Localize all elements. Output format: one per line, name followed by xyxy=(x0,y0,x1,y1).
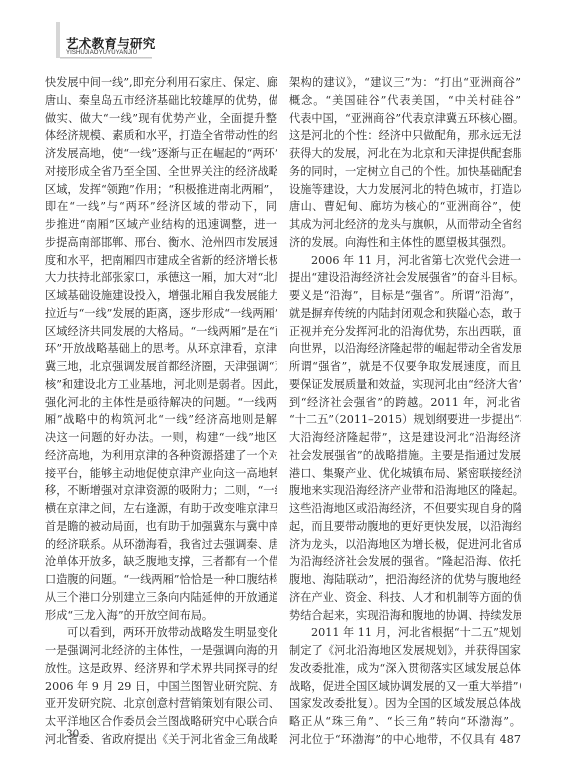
text-line: 2006 年 11 月，河北省第七次党代会进一步 xyxy=(289,252,521,270)
text-line: 快发展中间一线”,即充分利用石家庄、保定、廊坊、 xyxy=(45,74,277,92)
text-line: 口造腹的问题。“一线两厢”恰恰是一种口腹结构， xyxy=(45,571,277,589)
text-line: 唐山、曹妃甸、廊坊为核心的“亚洲商谷”，使 xyxy=(289,198,521,216)
text-line: 到“经济社会强省”的跨越。2011 年，河北省 xyxy=(289,394,521,412)
journal-romanization: YISHUJIAOYUYUYANJIU xyxy=(66,50,137,56)
text-line: 河北位于“环渤海”的中心地带，不仅具有 487 xyxy=(289,731,521,749)
text-line: 要保证发展质量和效益，实现河北由“经济大省” xyxy=(289,376,521,394)
text-line: 制定了《河北沿海地区发展规划》，并获得国家 xyxy=(289,642,521,660)
text-line: 亚开发研究院、北京创意村营销策划有限公司、 xyxy=(45,695,277,713)
text-line: 从三个港口分别建立三条向内陆延伸的开放通道， xyxy=(45,589,277,607)
text-line: 要义是“沿海”，目标是“强省”。所谓“沿海”， xyxy=(289,287,521,305)
text-line: 正视并充分发挥河北的沿海优势，东出西联，面 xyxy=(289,323,521,341)
text-line: 一是强调河北经济的主体性，一是强调向海的开 xyxy=(45,642,277,660)
text-line: 2006 年 9 月 29 日，中国兰图智业研究院、东北 xyxy=(45,678,277,696)
journal-header: 艺术教育与研究 YISHUJIAOYUYUYANJIU xyxy=(56,22,152,58)
text-line: 的经济联系。从环渤海看，我省过去强调秦、唐、 xyxy=(45,536,277,554)
text-line: 河北省委、省政府提出《关于河北省金三角战略 xyxy=(45,731,277,749)
text-line: 社会发展强省”的战略措施。主要是指通过发展 xyxy=(289,447,521,465)
text-line: 冀三地，北京强调发展首都经济圈，天津强调“双 xyxy=(45,358,277,376)
text-line: 接平台，能够主动地促使京津产业向这一高地转 xyxy=(45,465,277,483)
text-line: 务的同时，一定树立自己的个性。加快基础配套 xyxy=(289,163,521,181)
text-line: 对接形成全省乃至全国、全世界关注的经济战略 xyxy=(45,163,277,181)
text-line: 放性。这是政界、经济界和学术界共同探寻的结果。 xyxy=(45,660,277,678)
text-line: 提出“建设沿海经济社会发展强省”的奋斗目标。 xyxy=(289,269,521,287)
text-line: 略正从“珠三角”、“长三角”转向“环渤海”。 xyxy=(289,713,521,731)
text-line: 获得大的发展，河北在为北京和天津提供配套服 xyxy=(289,145,521,163)
text-line: 起，而且要带动腹地的更好更快发展，以沿海经 xyxy=(289,518,521,536)
text-line: 体经济规模、素质和水平，打造全省带动性的经 xyxy=(45,127,277,145)
text-line: 移，不断增强对京津资源的吸附力；二则，“一线” xyxy=(45,482,277,500)
text-line: 决这一问题的好办法。一则，构建“一线”地区 xyxy=(45,429,277,447)
text-line: 势结合起来，实现沿海和腹地的协调、持续发展。 xyxy=(289,607,521,625)
header-accent-bar xyxy=(56,22,60,58)
text-line: 架构的建议》，“建议三”为：“打出“亚洲商谷” xyxy=(289,74,521,92)
text-line: 代表中国，“亚洲商谷”代表京津冀五环核心圈。 xyxy=(289,110,521,128)
text-line: 大力扶持北部张家口，承德这一厢，加大对“北厢” xyxy=(45,269,277,287)
text-line: 做实、做大“一线”现有优势产业，全面提升整 xyxy=(45,110,277,128)
text-line: 就是摒弃传统的内陆封闭观念和狭隘心态，敢于 xyxy=(289,305,521,323)
text-line: 设施等建设，大力发展河北的特色城市，打造以 xyxy=(289,181,521,199)
text-line: 强化河北的主体性是亟待解决的问题。“一线两 xyxy=(45,394,277,412)
text-line: 2011 年 11 月，河北省根据“十二五”规划纲要， xyxy=(289,624,521,642)
text-line: 核”和建设北方工业基地，河北则是弱者。因此， xyxy=(45,376,277,394)
text-line: 横在京津之间，左右逢源，有助于改变唯京津马 xyxy=(45,500,277,518)
text-line: 形成“三龙入海”的开放空间布局。 xyxy=(45,607,277,625)
text-line: 太平洋地区合作委员会兰图战略研究中心联合向 xyxy=(45,713,277,731)
text-line: 所谓“强省”，就是不仅要争取发展速度，而且 xyxy=(289,358,521,376)
text-line: 度和水平，把南厢四市建成全省新的经济增长极。 xyxy=(45,252,277,270)
text-line: 大沿海经济隆起带”，这是建设河北“沿海经济 xyxy=(289,429,521,447)
text-line: 区域，发挥“领跑”作用；“积极推进南北两厢”， xyxy=(45,181,277,199)
right-text-column: 架构的建议》，“建议三”为：“打出“亚洲商谷”概念。“美国硅谷”代表美国，“中关… xyxy=(289,74,521,749)
text-line: 腹地、海陆联动”，把沿海经济的优势与腹地经 xyxy=(289,571,521,589)
text-line: 可以看到，两环开放带动战略发生明显变化： xyxy=(45,624,277,642)
left-text-column: 快发展中间一线”,即充分利用石家庄、保定、廊坊、唐山、秦皇岛五市经济基础比较雄厚… xyxy=(45,74,277,749)
text-line: 向世界，以沿海经济隆起带的崛起带动全省发展。 xyxy=(289,340,521,358)
text-line: 步推进“南厢”区域产业结构的迅速调整，进一 xyxy=(45,216,277,234)
text-line: 发改委批准，成为“深入贯彻落实区域发展总体 xyxy=(289,660,521,678)
text-line: 区域经济共同发展的大格局。“一线两厢”是在“两 xyxy=(45,323,277,341)
text-line: “十二五”（2011–2015）规划纲要进一步提出“壮 xyxy=(289,411,521,429)
text-line: 概念。“美国硅谷”代表美国，“中关村硅谷” xyxy=(289,92,521,110)
text-line: 为沿海经济社会发展的强省。“隆起沿海、依托 xyxy=(289,553,521,571)
text-line: 济的发展。向海性和主体性的愿望极其强烈。 xyxy=(289,234,521,252)
text-line: 区域基础设施建设投入，增强北厢自我发展能力， xyxy=(45,287,277,305)
text-line: 拉近与“一线”发展的距离，逐步形成“一线两厢” xyxy=(45,305,277,323)
text-line: 其成为河北经济的龙头与旗帜，从而带动全省经 xyxy=(289,216,521,234)
text-line: 唐山、秦皇岛五市经济基础比较雄厚的优势，做强、 xyxy=(45,92,277,110)
text-line: 战略，促进全国区域协调发展的又一重大举措”（见 xyxy=(289,678,521,696)
text-line: 沧单体开放多，缺乏腹地支撑，三者都有一个借 xyxy=(45,553,277,571)
page-number: 30 xyxy=(66,728,79,740)
text-line: 腹地来实现沿海经济产业带和沿海地区的隆起。 xyxy=(289,482,521,500)
text-line: 厢”战略中的构筑河北“一线”经济高地则是解 xyxy=(45,411,277,429)
text-line: 这是河北的个性：经济中只做配角，那永远无法 xyxy=(289,127,521,145)
text-line: 首是瞻的被动局面，也有助于加强冀东与冀中南 xyxy=(45,518,277,536)
text-line: 环”开放战略基础上的思考。从环京津看，京津 xyxy=(45,340,277,358)
text-line: 这些沿海地区或沿海经济，不但要实现自身的隆 xyxy=(289,500,521,518)
text-line: 国家发改委批复）。因为全国的区域发展总体战 xyxy=(289,695,521,713)
text-line: 港口、集聚产业、优化城镇布局、紧密联接经济 xyxy=(289,465,521,483)
text-line: 经济高地，为利用京津的各种资源搭建了一个对 xyxy=(45,447,277,465)
text-line: 步提高南部邯郸、邢台、衡水、沧州四市发展速 xyxy=(45,234,277,252)
text-line: 即在“一线”与“两环”经济区域的带动下，同 xyxy=(45,198,277,216)
text-line: 济发展高地，使“一线”逐渐与正在崛起的“两环” xyxy=(45,145,277,163)
text-line: 济在产业、资金、科技、人才和机制等方面的优 xyxy=(289,589,521,607)
text-line: 济为龙头，以沿海地区为增长极，促进河北省成 xyxy=(289,536,521,554)
header-underline xyxy=(60,57,152,59)
